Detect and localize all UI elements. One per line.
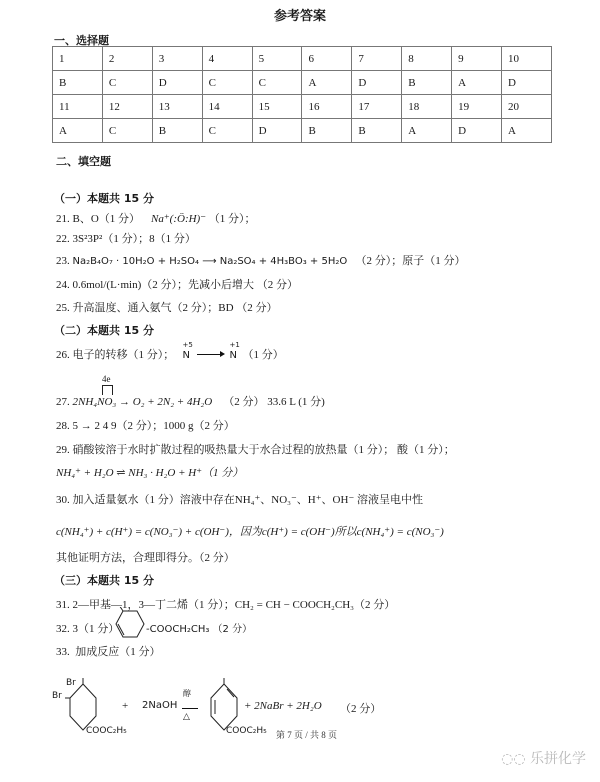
condition-heat: △ [183,711,190,722]
answer-32: 32. 3（1 分） [56,620,119,636]
table-cell: 8 [402,47,452,71]
answer-23: 23. Na₂B₄O₇ · 10H₂O + H₂SO₄ ⟶ Na₂SO₄ + 4… [56,252,466,268]
chemical-equation: 2NH₄NO₃ → O₂ + 2N₂ + 4H₂O [73,396,213,408]
ester-group: -COOCH₂CH₃ （2 分） [146,620,252,635]
answer-row: BCDCCADBAD [53,71,552,95]
q-num: 21. [56,213,70,225]
table-cell: D [502,71,552,95]
table-cell: B [53,71,103,95]
table-cell: 18 [402,95,452,119]
page-number: 第 7 页 / 共 8 页 [276,728,337,741]
table-cell: C [102,119,152,143]
wechat-icon: ◌◌ [501,751,525,767]
ester-group: COOC₂H₅ [86,726,127,736]
table-cell: 19 [452,95,502,119]
table-cell: 4 [202,47,252,71]
table-cell: A [502,119,552,143]
table-cell: A [402,119,452,143]
answer-22: 22. 3S²3P²（1 分）；8（1 分） [56,230,196,246]
arrow-icon [197,354,223,355]
ester-group: COOC₂H₅ [226,726,267,736]
watermark: ◌◌ 乐拼化学 [501,748,586,768]
answer-table: 12345678910BCDCCADBAD1112131415161718192… [52,46,552,143]
table-cell: 6 [302,47,352,71]
table-cell: D [352,71,402,95]
table-cell: 2 [102,47,152,71]
chemical-equation: Na₂B₄O₇ · 10H₂O + H₂SO₄ ⟶ Na₂SO₄ + 4H₃BO… [73,256,348,267]
reagent: 2NaOH [142,700,177,711]
answer-29: 29. 硝酸铵溶于水时扩散过程的吸热量大于水合过程的放热量（1 分）； 酸（1 … [56,441,455,457]
table-cell: 15 [252,95,302,119]
table-cell: 11 [53,95,103,119]
table-cell: 13 [152,95,202,119]
table-cell: A [53,119,103,143]
answer-30-equation: c(NH₄⁺) + c(H⁺) = c(NO₃⁻) + c(OH⁻)，因为c(H… [56,523,444,539]
bromine-label: Br [66,678,76,688]
lewis-structure: Na⁺(:Ö:H)⁻ [151,213,206,225]
question-number-row: 11121314151617181920 [53,95,552,119]
part3-heading: （三）本题共 15 分 [54,572,154,588]
bromine-label: Br [52,691,62,701]
table-cell: D [252,119,302,143]
section-heading-fill: 二、填空题 [56,153,111,169]
table-cell: 14 [202,95,252,119]
answer-27: 27. 2NH₄NO₃ → O₂ + 2N₂ + 4H₂O （2 分） 33.6… [56,393,325,409]
table-cell: 20 [502,95,552,119]
electron-transfer-label: 4e [102,374,111,384]
answer-row: ACBCDBBADA [53,119,552,143]
answer-21: 21. B、O（1 分） Na⁺(:Ö:H)⁻ （1 分）； [56,210,256,226]
table-cell: 17 [352,95,402,119]
table-cell: 3 [152,47,202,71]
condition-alcohol: 醇 [183,688,191,699]
table-cell: B [152,119,202,143]
table-cell: C [252,71,302,95]
score: （2 分） [340,700,381,716]
table-cell: B [402,71,452,95]
table-cell: D [152,71,202,95]
table-cell: 1 [53,47,103,71]
table-cell: A [302,71,352,95]
answer-31: 31. 2—甲基—1，3—丁二烯（1 分）；CH₂ = CH − COOCH₂C… [56,596,395,612]
answer-33: 33. 加成反应（1 分） [56,643,161,659]
answer-26: 26. 电子的转移（1 分）； +5N +1N （1 分） [56,346,284,362]
answer-24: 24. 0.6mol/(L·min)（2 分）；先减小后增大 （2 分） [56,276,298,292]
table-cell: D [452,119,502,143]
answer-30: 30. 加入适量氨水（1 分）溶液中存在NH₄⁺、NO₃⁻、H⁺、OH⁻ 溶液呈… [56,491,423,507]
table-cell: C [102,71,152,95]
table-cell: A [452,71,502,95]
page-title: 参考答案 [0,5,600,24]
nitrogen-to: +1N [229,350,236,361]
table-cell: B [352,119,402,143]
answer-29-equation: NH₄⁺ + H₂O ⇌ NH₃ · H₂O + H⁺（1 分） [56,464,243,480]
table-cell: 7 [352,47,402,71]
table-cell: 16 [302,95,352,119]
table-cell: 12 [102,95,152,119]
plus-sign: + [122,700,128,712]
part1-heading: （一）本题共 15 分 [54,190,154,206]
table-cell: 10 [502,47,552,71]
part2-heading: （二）本题共 15 分 [54,322,154,338]
cyclohexene-structure [113,607,149,641]
answer-25: 25. 升高温度、通入氨气（2 分）；BD （2 分） [56,299,278,315]
table-cell: C [202,71,252,95]
reaction-arrow [182,708,198,709]
table-cell: C [202,119,252,143]
table-cell: 5 [252,47,302,71]
answer-28: 28. 5 → 2 4 9（2 分）；1000 g（2 分） [56,417,235,433]
table-cell: 9 [452,47,502,71]
side-products: + 2NaBr + 2H₂O [244,700,322,712]
table-cell: B [302,119,352,143]
question-number-row: 12345678910 [53,47,552,71]
nitrogen-from: +5N [183,350,190,361]
answer-30-note: 其他证明方法，合理即得分。（2 分） [56,549,235,565]
